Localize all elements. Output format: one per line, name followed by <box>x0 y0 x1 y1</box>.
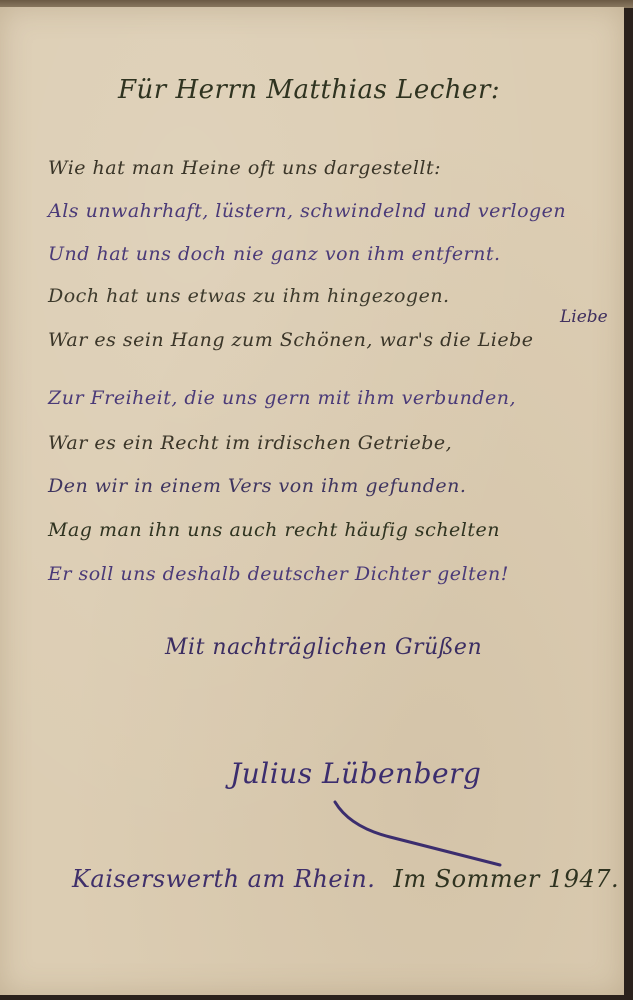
inserted-word: Liebe <box>560 307 608 327</box>
verse-line: War es ein Recht im irdischen Getriebe, <box>48 432 452 454</box>
date: Im Sommer 1947. <box>393 865 619 893</box>
verse-line: Er soll uns deshalb deutscher Dichter ge… <box>48 563 509 585</box>
place-and-date: Kaiserswerth am Rhein.Im Sommer 1947. <box>72 865 619 893</box>
place: Kaiserswerth am Rhein. <box>72 865 375 893</box>
verse-line: Doch hat uns etwas zu ihm hingezogen. <box>48 285 450 307</box>
verse-line: Wie hat man Heine oft uns dargestellt: <box>48 157 441 179</box>
verse-line: War es sein Hang zum Schönen, war's die … <box>48 329 534 351</box>
dedication-heading: Für Herrn Matthias Lecher: <box>118 75 500 105</box>
signature: Julius Lübenberg <box>230 757 481 790</box>
scan-frame: Für Herrn Matthias Lecher: Wie hat man H… <box>0 0 633 1000</box>
signature-flourish-icon <box>330 797 505 867</box>
verse-line: Zur Freiheit, die uns gern mit ihm verbu… <box>48 387 516 409</box>
margin-correction: Liebe <box>560 307 608 327</box>
verse-line: Als unwahrhaft, lüstern, schwindelnd und… <box>48 200 566 222</box>
verse-line: Den wir in einem Vers von ihm gefunden. <box>48 475 466 497</box>
verse-line: Mag man ihn uns auch recht häufig schelt… <box>48 519 500 541</box>
closing-greeting: Mit nachträglichen Grüßen <box>165 635 482 660</box>
verse-line: Und hat uns doch nie ganz von ihm entfer… <box>48 243 501 265</box>
letter-page: Für Herrn Matthias Lecher: Wie hat man H… <box>0 7 624 995</box>
